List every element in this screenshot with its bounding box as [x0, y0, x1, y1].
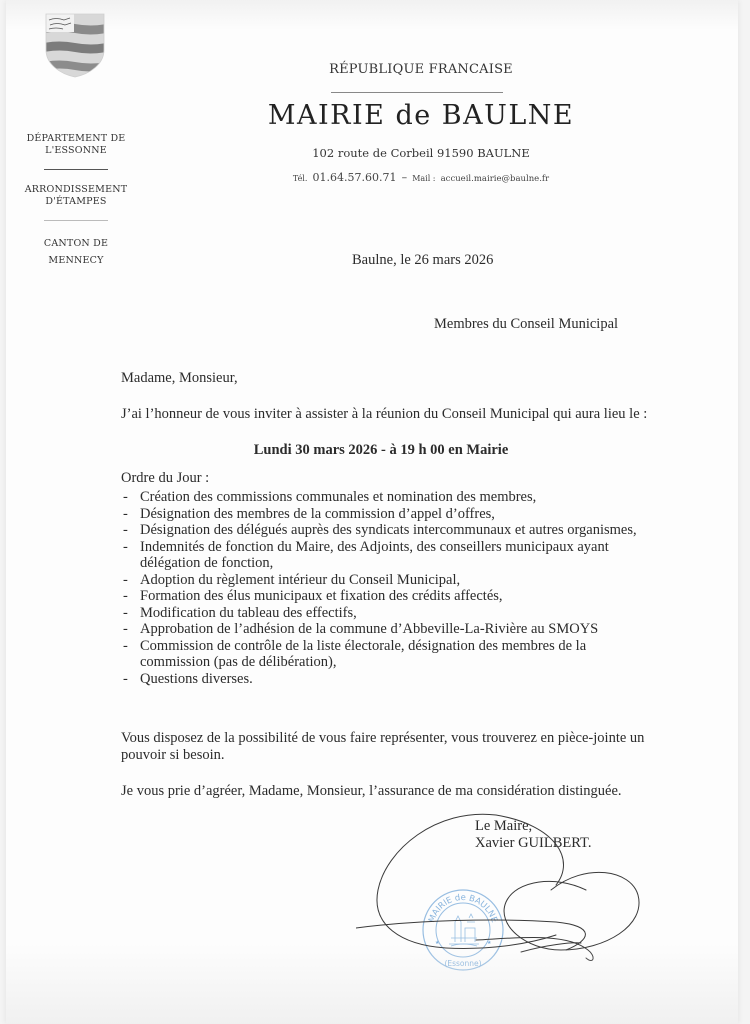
- agenda-item-text: Désignation des membres de la commission…: [140, 506, 495, 522]
- agenda-title: Ordre du Jour :: [121, 470, 209, 487]
- contact-separator: –: [402, 171, 408, 184]
- canton-line-1: CANTON DE: [20, 235, 132, 252]
- tel-number: 01.64.57.60.71: [313, 171, 397, 184]
- mail-label: Mail :: [412, 174, 435, 183]
- republique-heading: RÉPUBLIQUE FRANCAISE: [246, 62, 596, 77]
- coat-of-arms-icon: [44, 12, 106, 78]
- agenda-item-text: Modification du tableau des effectifs,: [140, 605, 357, 621]
- signer-name: Xavier GUILBERT.: [475, 835, 591, 852]
- letter-recipient: Membres du Conseil Municipal: [434, 316, 618, 333]
- salutation: Madame, Monsieur,: [121, 370, 238, 387]
- agenda-item: -Modification du tableau des effectifs,: [118, 605, 658, 622]
- agenda-bullet: -: [123, 539, 128, 556]
- agenda-item: -Désignation des membres de la commissio…: [118, 506, 658, 523]
- invitation-text: J’ai l’honneur de vous inviter à assiste…: [121, 406, 647, 423]
- mail-address: accueil.mairie@baulne.fr: [441, 174, 550, 184]
- departement-block: DÉPARTEMENT DE L'ESSONNE: [20, 133, 132, 157]
- agenda-item-text: Commission de contrôle de la liste élect…: [140, 638, 586, 671]
- agenda-item-text: Désignation des délégués auprès des synd…: [140, 522, 637, 538]
- agenda-bullet: -: [123, 588, 128, 605]
- agenda-item: -Commission de contrôle de la liste élec…: [118, 638, 658, 671]
- signer-title: Le Maire,: [475, 818, 591, 835]
- svg-text:MAIRIE de BAULNE: MAIRIE de BAULNE: [427, 893, 499, 924]
- signature-block: Le Maire, Xavier GUILBERT.: [475, 818, 591, 852]
- agenda-bullet: -: [123, 605, 128, 622]
- tel-label: Tél.: [293, 174, 308, 183]
- agenda-item: -Formation des élus municipaux et fixati…: [118, 588, 658, 605]
- closing-formula: Je vous prie d’agréer, Madame, Monsieur,…: [121, 783, 622, 800]
- arrondissement-line-2: D'ÉTAMPES: [20, 196, 132, 208]
- agenda-bullet: -: [123, 572, 128, 589]
- agenda-bullet: -: [123, 489, 128, 506]
- mairie-title: MAIRIE de BAULNE: [246, 100, 596, 131]
- departement-line-1: DÉPARTEMENT DE: [20, 133, 132, 145]
- agenda-item: -Approbation de l’adhésion de la commune…: [118, 621, 658, 638]
- agenda-bullet: -: [123, 671, 128, 688]
- agenda-bullet: -: [123, 621, 128, 638]
- letter-page: DÉPARTEMENT DE L'ESSONNE ARRONDISSEMENT …: [6, 0, 738, 1024]
- agenda-item: -Création des commissions communales et …: [118, 489, 658, 506]
- agenda-bullet: -: [123, 638, 128, 655]
- administrative-sidebar: DÉPARTEMENT DE L'ESSONNE ARRONDISSEMENT …: [20, 133, 132, 269]
- agenda-item-text: Questions diverses.: [140, 671, 253, 687]
- canton-block: CANTON DE MENNECY: [20, 235, 132, 269]
- agenda-list: -Création des commissions communales et …: [118, 489, 658, 687]
- mairie-contact: Tél. 01.64.57.60.71 – Mail : accueil.mai…: [246, 166, 596, 185]
- letter-date: Baulne, le 26 mars 2026: [352, 252, 493, 269]
- agenda-item-text: Approbation de l’adhésion de la commune …: [140, 621, 598, 637]
- sidebar-divider: [44, 220, 108, 221]
- meeting-datetime: Lundi 30 mars 2026 - à 19 h 00 en Mairie: [121, 442, 641, 459]
- agenda-item-text: Création des commissions communales et n…: [140, 489, 536, 505]
- mairie-address: 102 route de Corbeil 91590 BAULNE: [246, 146, 596, 160]
- agenda-item: -Désignation des délégués auprès des syn…: [118, 522, 658, 539]
- departement-line-2: L'ESSONNE: [20, 145, 132, 157]
- proxy-notice: Vous disposez de la possibilité de vous …: [121, 730, 661, 764]
- agenda-item: -Adoption du règlement intérieur du Cons…: [118, 572, 658, 589]
- canton-line-2: MENNECY: [20, 252, 132, 269]
- agenda-bullet: -: [123, 506, 128, 523]
- page-shadow-top: [6, 0, 738, 30]
- agenda-item-text: Formation des élus municipaux et fixatio…: [140, 588, 503, 604]
- arrondissement-block: ARRONDISSEMENT D'ÉTAMPES: [20, 184, 132, 208]
- agenda-item-text: Indemnités de fonction du Maire, des Adj…: [140, 539, 609, 572]
- arrondissement-line-1: ARRONDISSEMENT: [20, 184, 132, 196]
- stamp-top-text: MAIRIE de BAULNE: [427, 893, 499, 924]
- agenda-item-text: Adoption du règlement intérieur du Conse…: [140, 572, 460, 588]
- page-shadow-bottom: [6, 944, 738, 1024]
- agenda-bullet: -: [123, 522, 128, 539]
- agenda-item: -Indemnités de fonction du Maire, des Ad…: [118, 539, 658, 572]
- header-divider: [331, 92, 503, 93]
- agenda-item: -Questions diverses.: [118, 671, 658, 688]
- sidebar-divider: [44, 169, 108, 170]
